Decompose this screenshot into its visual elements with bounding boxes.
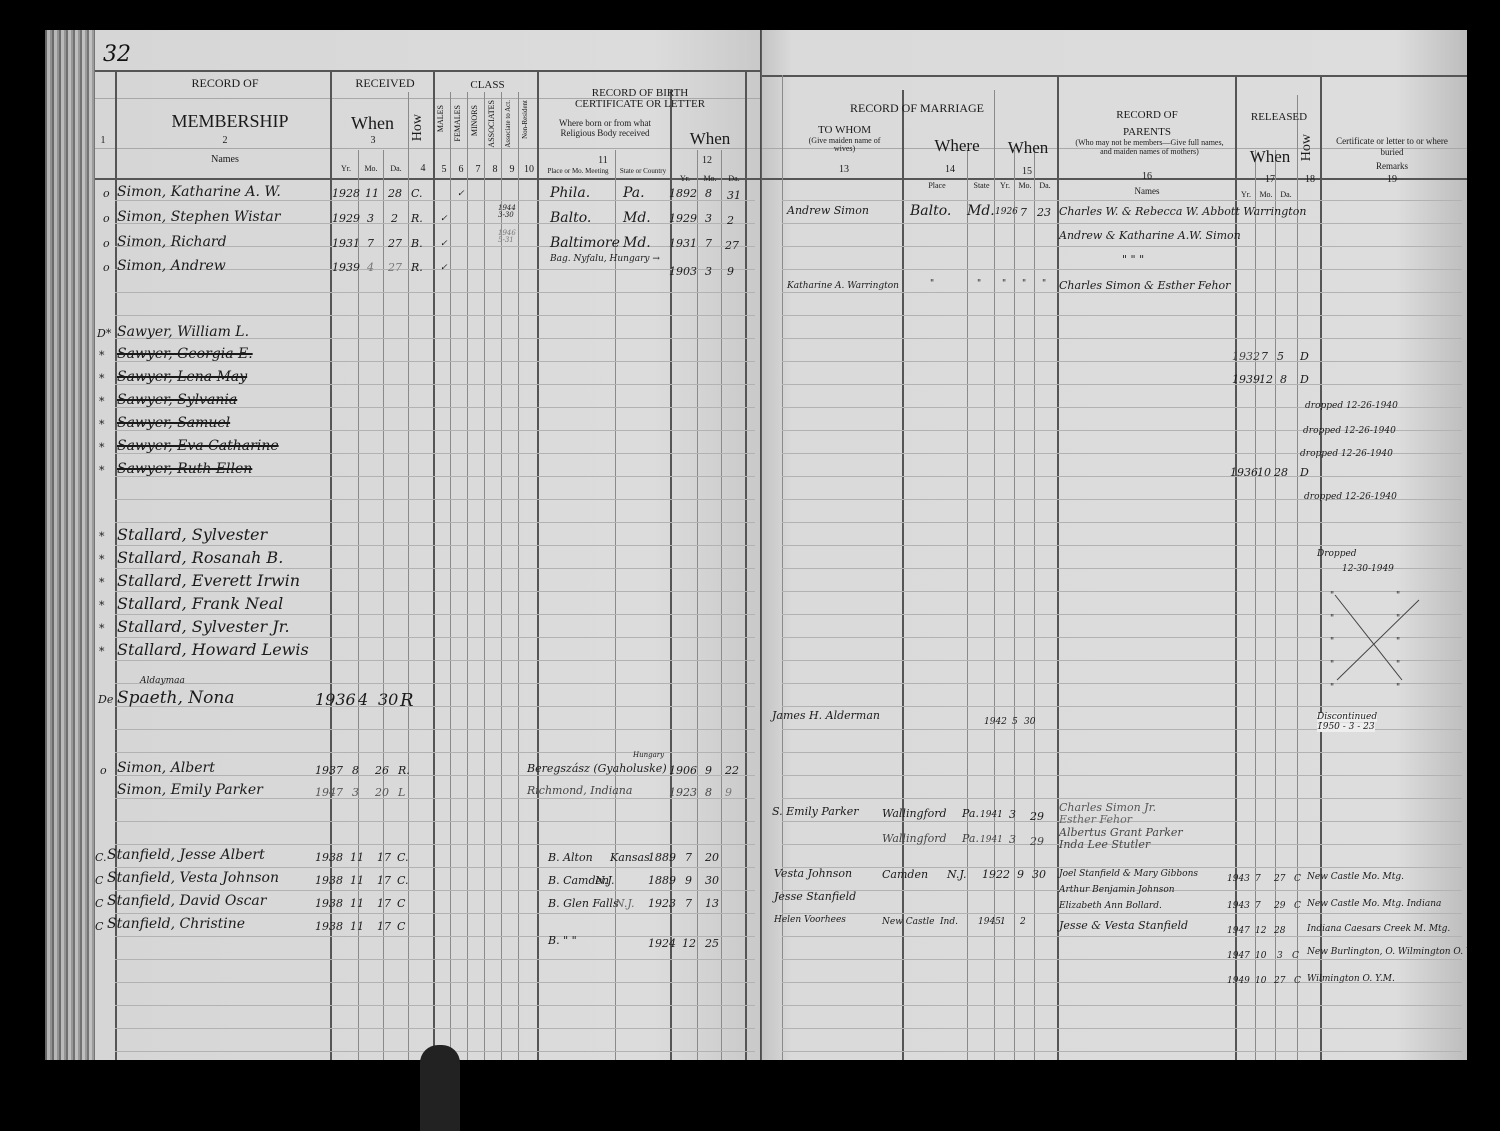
birth-place: Baltimore (550, 236, 620, 250)
member-name: Stanfield, Vesta Johnson (107, 871, 279, 885)
birth-day: 30 (705, 875, 719, 886)
col-num-3: 3 (363, 136, 383, 146)
received-month: 11 (350, 921, 364, 932)
birth-day: 9 (727, 266, 734, 277)
col-num-18: 18 (1300, 175, 1320, 185)
header-record-of: RECORD OF (165, 77, 285, 89)
birth-place: Beregszász (Gyaholuske) (527, 763, 667, 774)
header-place-or-mo-meeting: Place or Mo. Meeting (543, 168, 613, 175)
marriage-state: Ind. (940, 918, 958, 927)
released-day: 3 (1277, 952, 1283, 961)
header-birth-yr: Yr. (673, 175, 697, 183)
member-name: Stallard, Everett Irwin (117, 573, 300, 589)
member-name: Stallard, Sylvester Jr. (117, 619, 290, 635)
row-mark: D* (97, 328, 111, 339)
member-name: Stallard, Frank Neal (117, 596, 283, 612)
birth-month: 7 (685, 852, 692, 863)
member-name-struck: Sawyer, Georgia E. (117, 347, 253, 361)
birth-state: N.J. (595, 875, 614, 886)
col-num-10: 10 (521, 165, 537, 175)
released-how: D (1300, 374, 1309, 385)
received-month: 11 (350, 898, 364, 909)
ditto-mark: " (1330, 592, 1334, 601)
received-month: 8 (352, 765, 359, 776)
remarks: dropped 12-26-1940 (1300, 450, 1393, 459)
class-check: ✓ (440, 240, 448, 249)
birth-month: 8 (705, 787, 712, 798)
released-year: 1943 (1227, 902, 1250, 911)
member-name: Simon, Emily Parker (117, 783, 263, 797)
birth-year: 1903 (669, 266, 697, 277)
ditto-mark: " (1396, 615, 1400, 624)
col-num-13: 13 (834, 165, 854, 175)
row-mark: * (99, 442, 105, 453)
left-page: 32 1 RECORD OF MEMBERSHIP 2 Names RECEIV… (45, 30, 760, 1060)
released-how: C (1292, 952, 1299, 961)
marriage-place: Balto. (910, 204, 951, 218)
received-month: 11 (350, 852, 364, 863)
marriage-year: 1942 (984, 718, 1007, 727)
received-how: C. (397, 852, 409, 863)
released-month: 12 (1255, 927, 1266, 936)
received-day: 17 (377, 852, 391, 863)
released-how: C (1294, 875, 1301, 884)
received-how: R. (411, 262, 423, 273)
received-year: 1938 (315, 852, 343, 863)
member-name: Stanfield, Christine (107, 917, 245, 931)
col-num-7: 7 (471, 165, 485, 175)
birth-day: 31 (727, 190, 741, 201)
parents-names: Albertus Grant Parker (1059, 827, 1183, 838)
parents-names: Andrew & Katharine A.W. Simon (1059, 230, 1241, 241)
marriage-year: 1941 (980, 811, 1003, 820)
received-month: 3 (367, 213, 374, 224)
member-name-struck: Sawyer, Lena May (117, 370, 247, 384)
marriage-month: 7 (1020, 207, 1027, 218)
marriage-to-whom: S. Emily Parker (772, 806, 859, 817)
released-year: 1949 (1227, 977, 1250, 986)
header-where-born: Where born or from what Religious Body r… (545, 118, 665, 138)
received-day: 17 (377, 875, 391, 886)
col-num-5: 5 (437, 165, 451, 175)
row-mark: C (95, 898, 103, 909)
birth-month: 7 (685, 898, 692, 909)
col-num-14: 14 (940, 165, 960, 175)
col-num-11: 11 (593, 156, 613, 166)
marriage-place: New Castle (882, 918, 934, 927)
received-year: 1947 (315, 787, 343, 798)
marriage-month: " (1022, 280, 1026, 289)
row-mark: * (99, 646, 105, 657)
row-mark: * (99, 577, 105, 588)
header-released-da: Da. (1276, 191, 1296, 199)
released-month: 10 (1255, 977, 1266, 986)
birth-day: 2 (727, 215, 734, 226)
row-mark: * (99, 373, 105, 384)
received-day: 17 (377, 921, 391, 932)
received-day: 20 (375, 787, 389, 798)
birth-year: 1929 (669, 213, 697, 224)
received-month: 4 (358, 692, 368, 708)
member-name: Stanfield, David Oscar (107, 894, 266, 908)
marriage-day: 29 (1030, 811, 1044, 822)
birth-year: 1906 (669, 765, 697, 776)
marriage-to-whom: James H. Alderman (772, 710, 880, 721)
header-marriage-when: When (998, 139, 1058, 156)
header-received: RECEIVED (335, 77, 435, 89)
header-to-whom-sub: (Give maiden name of wives) (797, 137, 892, 153)
row-mark: o (103, 188, 110, 199)
birth-annotation: Hungary (633, 752, 664, 759)
received-year: 1928 (332, 188, 360, 199)
marriage-place: " (930, 280, 934, 289)
header-rec-yr: Yr. (335, 165, 357, 173)
class-non-resident: Non-Resident (522, 100, 529, 139)
marriage-day: 2 (1020, 918, 1026, 927)
released-day: 28 (1274, 467, 1288, 478)
received-how: C (397, 921, 405, 932)
released-year: 1936 (1230, 467, 1258, 478)
class-check: ✓ (457, 190, 465, 199)
col-num-12: 12 (697, 156, 717, 166)
header-released-mo: Mo. (1256, 191, 1276, 199)
released-day: 28 (1274, 927, 1285, 936)
received-day: 26 (375, 765, 389, 776)
received-month: 3 (352, 787, 359, 798)
row-mark: C (95, 921, 103, 932)
received-how: R. (398, 765, 410, 776)
col-num-15: 15 (1017, 167, 1037, 177)
member-name: Spaeth, Nona (117, 690, 235, 707)
header-birth-when: When (675, 130, 745, 147)
released-day: 27 (1274, 875, 1285, 884)
parents-names: Jesse & Vesta Stanfield (1059, 920, 1188, 931)
row-mark: * (99, 465, 105, 476)
header-marriage-yr: Yr. (995, 182, 1015, 190)
marriage-state: Pa. (962, 808, 979, 819)
class-males: MALES (437, 105, 445, 132)
header-certificate-remarks: Certificate or letter to or where buried (1332, 136, 1452, 158)
released-how: C (1294, 977, 1301, 986)
header-certificate-or-letter: CERTIFICATE OR LETTER (540, 99, 740, 110)
member-name: Simon, Andrew (117, 259, 226, 273)
birth-year: 1924 (648, 938, 676, 949)
received-year: 1936 (315, 692, 356, 708)
class-associate-to-act: Associate to Act. (505, 100, 512, 148)
birth-place: Balto. (550, 211, 591, 225)
member-name-struck: Sawyer, Samuel (117, 416, 230, 430)
birth-state: Kansas (610, 852, 650, 863)
header-parents-names: Names (1122, 187, 1172, 196)
header-parents: PARENTS (1062, 127, 1232, 138)
header-parents-sub: (Who may not be members—Give full names,… (1072, 138, 1227, 156)
remarks: New Burlington, O. Wilmington O. Y.M. (1307, 948, 1467, 957)
member-name-struck: Sawyer, Sylvania (117, 393, 237, 407)
released-day: 5 (1277, 351, 1284, 362)
received-how: R. (411, 213, 423, 224)
marriage-to-whom: Helen Voorhees (774, 916, 846, 925)
member-name: Stallard, Sylvester (117, 527, 267, 543)
book-clip (420, 1045, 460, 1131)
released-year: 1943 (1227, 875, 1250, 884)
received-day: 27 (388, 238, 402, 249)
marriage-state: " (977, 280, 981, 289)
col-num-4: 4 (413, 164, 433, 174)
member-name: Simon, Richard (117, 235, 227, 249)
remarks-date: 12-30-1949 (1342, 565, 1394, 574)
parents-names: Arthur Benjamin Johnson (1059, 886, 1175, 895)
received-year: 1938 (315, 898, 343, 909)
header-names: Names (195, 155, 255, 165)
member-name: Simon, Katharine A. W. (117, 185, 281, 199)
released-year: 1932 (1232, 351, 1260, 362)
marriage-to-whom: Katharine A. Warrington (787, 282, 899, 291)
parents-names: Elizabeth Ann Bollard. (1059, 902, 1162, 911)
birth-place: Phila. (550, 186, 590, 200)
released-month: 7 (1255, 902, 1261, 911)
class-associates: ASSOCIATES (488, 100, 496, 148)
birth-day: 25 (705, 938, 719, 949)
ditto-mark: " (1396, 592, 1400, 601)
received-how: B. (411, 238, 423, 249)
col-num-2: 2 (215, 136, 235, 146)
parents-names: Charles Simon & Esther Fehor (1059, 280, 1230, 291)
header-marriage-where: Where (922, 137, 992, 154)
released-how: C (1294, 902, 1301, 911)
birth-state: Md. (623, 211, 651, 225)
header-how: How (411, 114, 431, 141)
released-how: D (1300, 351, 1309, 362)
col-num-1: 1 (93, 136, 113, 146)
marriage-to-whom: Vesta Johnson (774, 868, 852, 879)
class-females: FEMALES (454, 105, 462, 141)
received-year: 1929 (332, 213, 360, 224)
birth-place: B. Alton (548, 852, 593, 863)
class-note: 1944 3-30 (498, 205, 518, 219)
received-how: C. (397, 875, 409, 886)
remarks-discontinued: Discontinued (1317, 713, 1377, 722)
marriage-month: 3 (1009, 809, 1016, 820)
marriage-year: 1922 (982, 869, 1010, 880)
received-day: 17 (377, 898, 391, 909)
received-year: 1938 (315, 921, 343, 932)
member-name: Stanfield, Jesse Albert (107, 848, 265, 862)
received-day: 2 (391, 213, 398, 224)
birth-month: 9 (705, 765, 712, 776)
col-num-16: 16 (1137, 172, 1157, 182)
member-name: Stallard, Howard Lewis (117, 642, 309, 658)
row-mark: * (99, 623, 105, 634)
remarks-discontinued-date: 1950 - 3 - 23 (1317, 723, 1375, 732)
birth-month: 8 (705, 188, 712, 199)
header-released-when: When (1240, 148, 1300, 165)
birth-year: 1923 (669, 787, 697, 798)
received-month: 11 (365, 188, 379, 199)
marriage-to-whom: Jesse Stanfield (774, 891, 856, 902)
parents-names: " " " (1122, 254, 1144, 265)
birth-place: Bag. Nyfalu, Hungary → (550, 255, 660, 264)
birth-year: 1892 (669, 188, 697, 199)
ditto-mark: " (1396, 638, 1400, 647)
received-year: 1938 (315, 875, 343, 886)
marriage-day: " (1042, 280, 1046, 289)
birth-day: 9 (725, 787, 732, 798)
row-mark: o (103, 213, 110, 224)
released-month: 7 (1261, 351, 1268, 362)
page-edges (45, 30, 95, 1060)
marriage-place: Wallingford (882, 833, 947, 844)
birth-year: 1923 (648, 898, 676, 909)
ditto-mark: " (1330, 638, 1334, 647)
marriage-state: Md. (967, 204, 995, 218)
birth-day: 27 (725, 240, 739, 251)
released-month: 10 (1255, 952, 1266, 961)
header-marriage-place: Place (922, 182, 952, 190)
remarks-dropped: Dropped (1317, 550, 1357, 559)
birth-month: 9 (685, 875, 692, 886)
remarks: Wilmington O. Y.M. (1307, 975, 1395, 984)
member-name: Sawyer, William L. (117, 325, 249, 339)
birth-year: 1889 (648, 875, 676, 886)
marriage-to-whom: Andrew Simon (787, 205, 869, 216)
header-rec-mo: Mo. (360, 165, 382, 173)
row-mark: o (100, 765, 107, 776)
parents-names: Esther Fehor (1059, 814, 1132, 825)
ditto-mark: " (1330, 615, 1334, 624)
received-month: 7 (367, 238, 374, 249)
received-year: 1937 (315, 765, 343, 776)
marriage-day: 30 (1024, 718, 1035, 727)
birth-month: 12 (682, 938, 696, 949)
parents-names: Charles Simon Jr. (1059, 802, 1156, 813)
member-name-struck: Sawyer, Ruth Ellen (117, 462, 252, 476)
row-mark: o (103, 262, 110, 273)
birth-month: 3 (705, 213, 712, 224)
col-num-19: 19 (1382, 175, 1402, 185)
row-mark: C (95, 875, 103, 886)
remarks: New Castle Mo. Mtg. Indiana (1307, 900, 1441, 909)
member-name-struck: Sawyer, Eva Catharine (117, 439, 279, 453)
released-year: 1939 (1232, 374, 1260, 385)
received-day: 30 (378, 692, 398, 708)
header-class: CLASS (440, 80, 535, 91)
ditto-mark: " (1330, 661, 1334, 670)
birth-month: 7 (705, 238, 712, 249)
member-name: Stallard, Rosanah B. (117, 550, 283, 566)
header-membership: MEMBERSHIP (145, 112, 315, 130)
birth-place: B. " " (548, 935, 577, 946)
released-how: D (1300, 467, 1309, 478)
member-name: Simon, Stephen Wistar (117, 210, 280, 224)
page-number: 32 (103, 44, 131, 66)
marriage-year: 1941 (980, 836, 1003, 845)
released-day: 29 (1274, 902, 1285, 911)
marriage-month: 1 (1000, 918, 1006, 927)
birth-place: B. Glen Falls (548, 898, 619, 909)
row-mark: * (99, 554, 105, 565)
parents-names: Joel Stanfield & Mary Gibbons (1059, 870, 1198, 879)
marriage-day: 29 (1030, 836, 1044, 847)
col-num-6: 6 (454, 165, 468, 175)
marriage-place: Camden (882, 869, 928, 880)
released-month: 7 (1255, 875, 1261, 884)
marriage-month: 3 (1009, 834, 1016, 845)
header-marriage-state: State (969, 182, 994, 190)
col-num-8: 8 (488, 165, 502, 175)
header-record-of-parents-title: RECORD OF (1062, 110, 1232, 121)
header-rec-da: Da. (385, 165, 407, 173)
parents-names: Inda Lee Stutler (1059, 839, 1150, 850)
row-mark: * (99, 531, 105, 542)
marriage-year: 1945 (978, 918, 1001, 927)
birth-state: N.J. (615, 898, 634, 909)
released-day: 8 (1280, 374, 1287, 385)
marriage-month: 5 (1012, 718, 1018, 727)
col-num-9: 9 (505, 165, 519, 175)
received-day: 28 (388, 188, 402, 199)
birth-state: Md. (623, 236, 651, 250)
marriage-year: " (1002, 280, 1006, 289)
class-minors: MINORS (471, 105, 479, 136)
received-how: C. (411, 188, 423, 199)
header-marriage-mo: Mo. (1015, 182, 1035, 190)
row-mark: C. (95, 852, 107, 863)
birth-day: 20 (705, 852, 719, 863)
remarks: New Castle Mo. Mtg. (1307, 873, 1404, 882)
header-birth-da: Da. (723, 175, 745, 183)
class-check: ✓ (440, 264, 448, 273)
received-year: 1931 (332, 238, 360, 249)
released-year: 1947 (1227, 927, 1250, 936)
row-mark: De (98, 694, 113, 705)
released-year: 1947 (1227, 952, 1250, 961)
ditto-mark: " (1396, 661, 1400, 670)
received-month: 11 (350, 875, 364, 886)
received-month: 4 (367, 262, 374, 273)
header-birth-mo: Mo. (699, 175, 721, 183)
row-mark: o (103, 238, 110, 249)
row-mark: * (99, 350, 105, 361)
right-page: RECORD OF MARRIAGE TO WHOM (Give maiden … (762, 30, 1467, 1060)
received-how: C (397, 898, 405, 909)
birth-place: Richmond, Indiana (527, 785, 632, 796)
released-month: 10 (1257, 467, 1271, 478)
header-marriage-da: Da. (1035, 182, 1055, 190)
marriage-day: 23 (1037, 207, 1051, 218)
birth-month: 3 (705, 266, 712, 277)
birth-year: 1931 (669, 238, 697, 249)
marriage-year: 1926 (995, 208, 1018, 217)
marriage-state: N.J. (947, 869, 966, 880)
class-note: 1946 5-31 (498, 230, 518, 244)
remarks: dropped 12-26-1940 (1304, 493, 1397, 502)
birth-day: 22 (725, 765, 739, 776)
released-day: 27 (1274, 977, 1285, 986)
cross-out-mark (1327, 590, 1427, 690)
header-received-when: When (340, 114, 405, 132)
birth-day: 13 (705, 898, 719, 909)
marriage-month: 9 (1017, 869, 1024, 880)
header-released-yr: Yr. (1236, 191, 1256, 199)
header-released: RELEASED (1238, 112, 1320, 123)
row-mark: * (99, 419, 105, 430)
received-how: L (398, 787, 405, 798)
header-record-of-marriage: RECORD OF MARRIAGE (792, 102, 1042, 114)
parents-names: Charles W. & Rebecca W. Abbott Warringto… (1059, 206, 1306, 217)
header-state-or-country: State or Country (617, 168, 669, 175)
marriage-day: 30 (1032, 869, 1046, 880)
ditto-mark: " (1330, 684, 1334, 693)
